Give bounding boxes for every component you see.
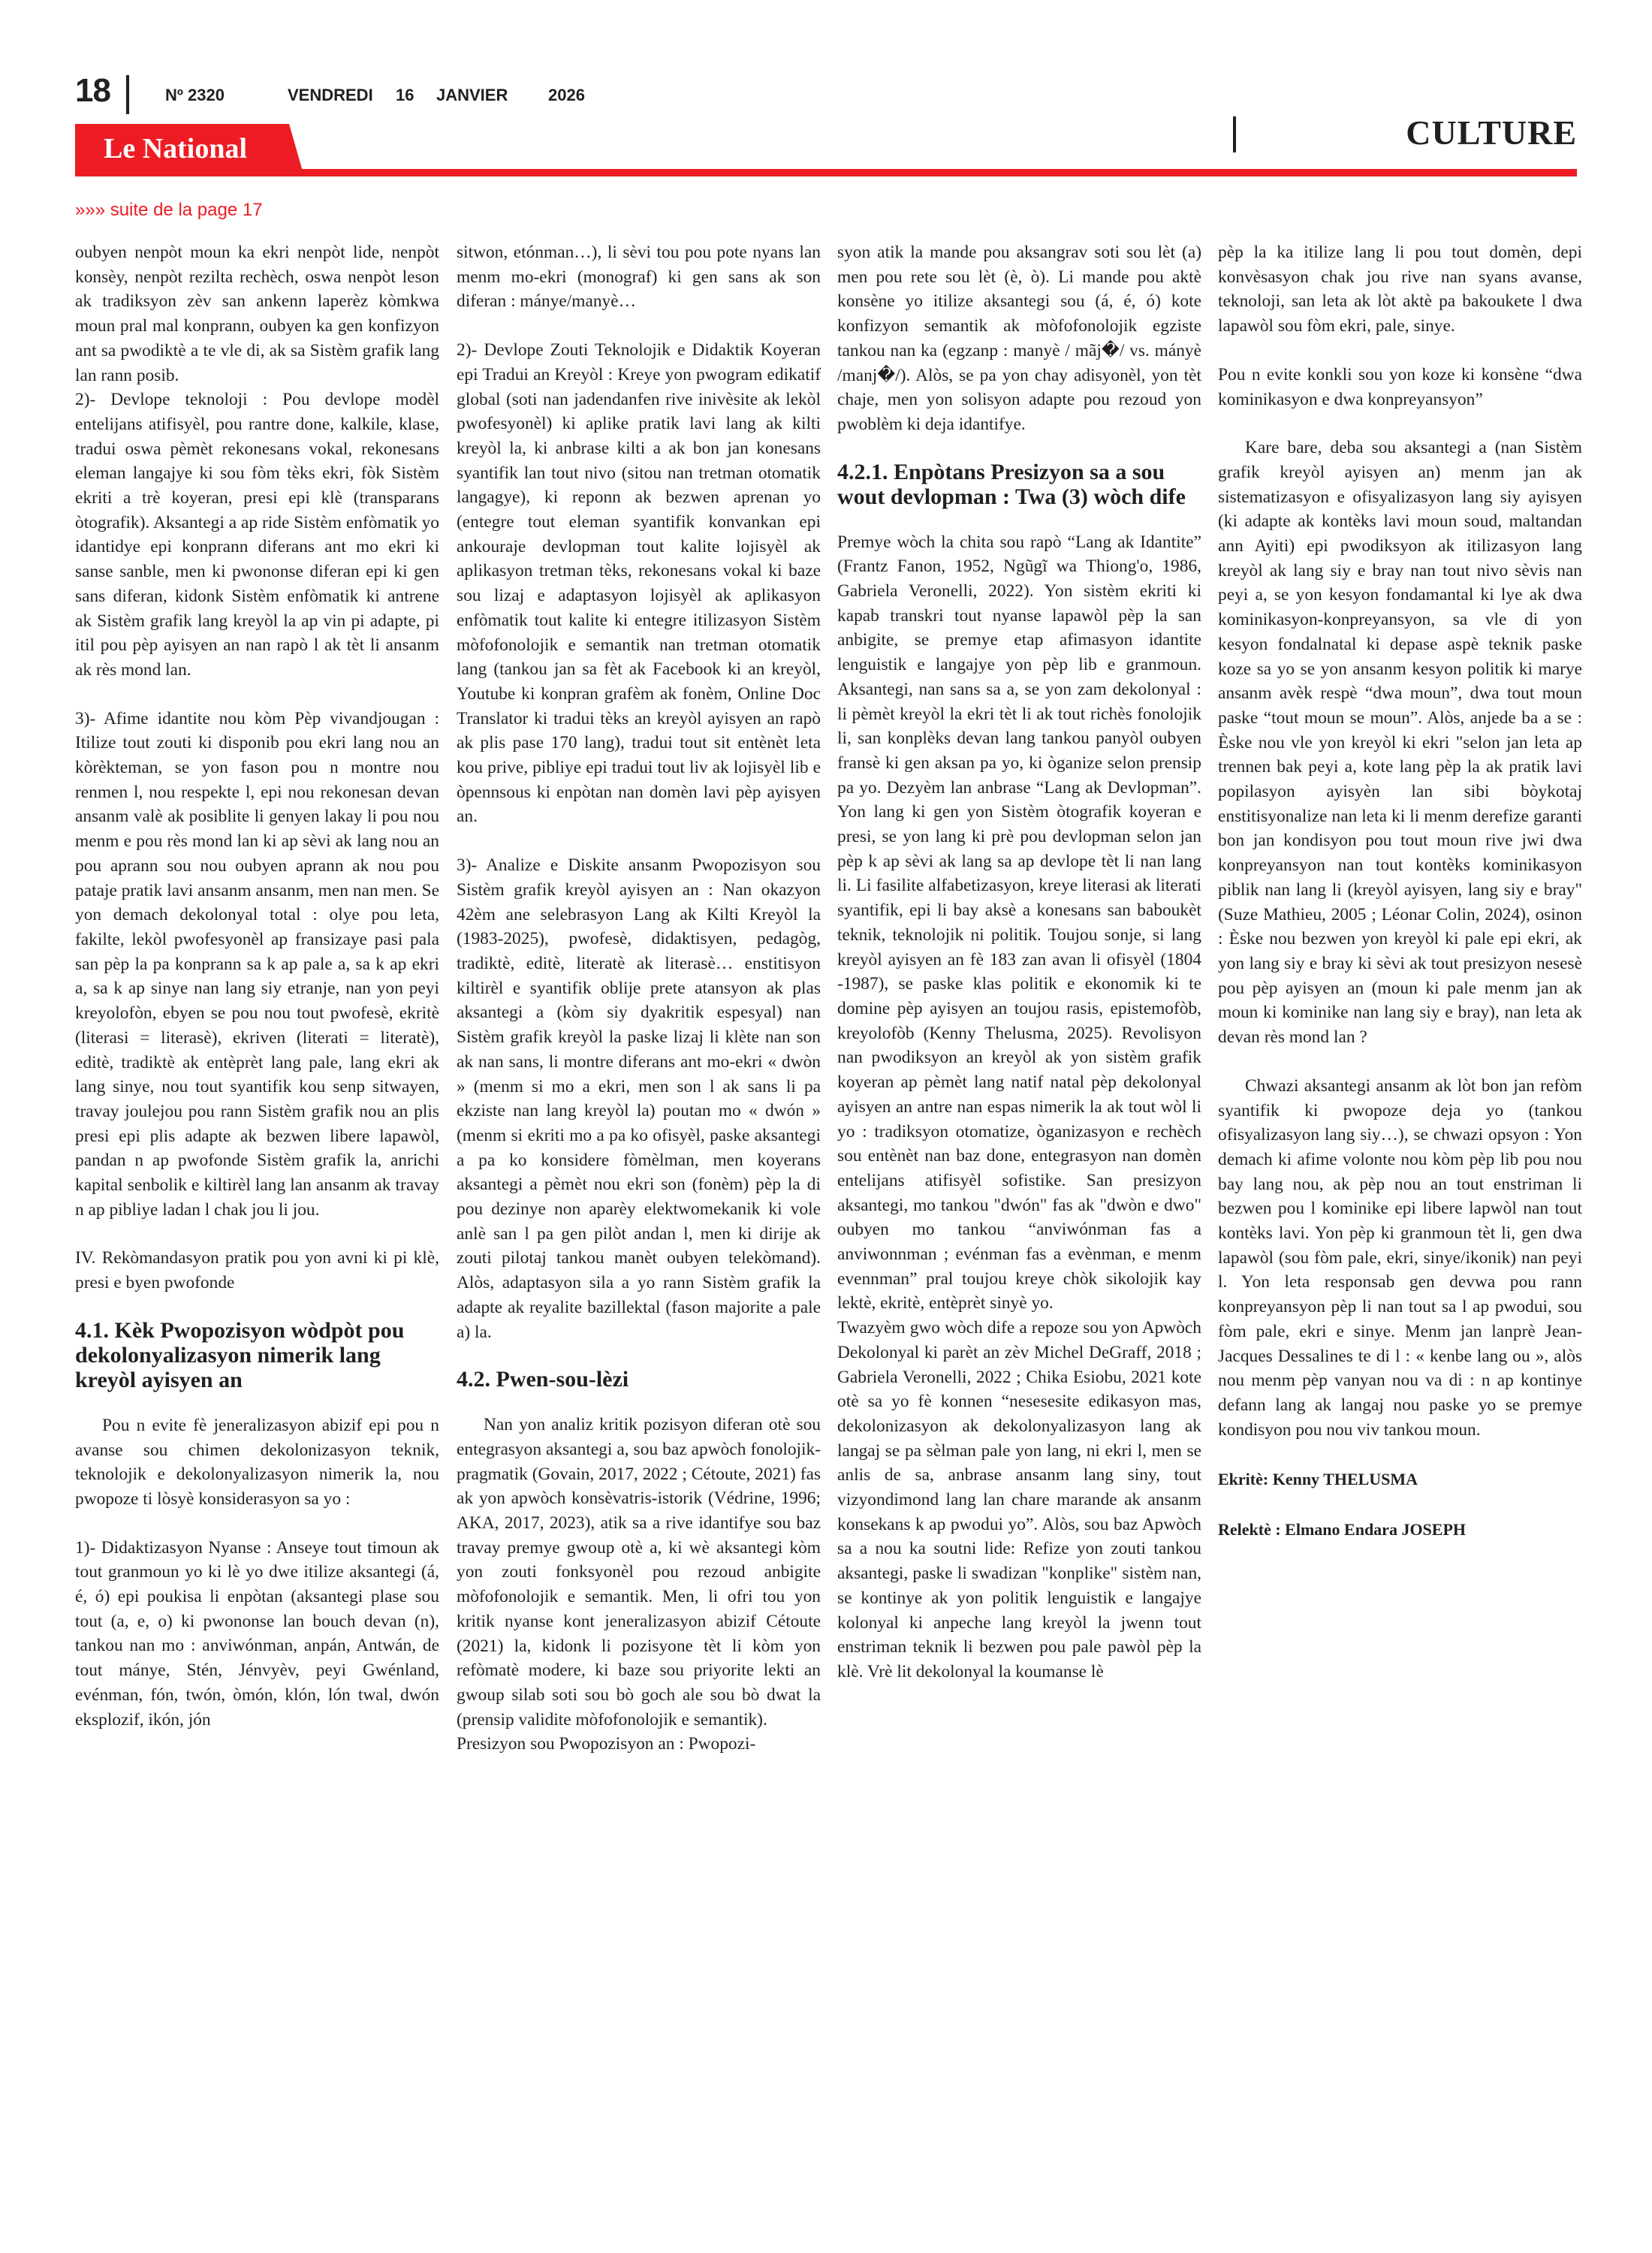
article-paragraph: Presizyon sou Pwopozisyon an : Pwopozi- <box>457 1732 821 1757</box>
header-divider <box>126 75 129 114</box>
article-column-1: oubyen nenpòt moun ka ekri nenpòt lide, … <box>75 240 439 1732</box>
article-paragraph: Pou n evite fè jeneralizasyon abizif epi… <box>75 1413 439 1512</box>
article-paragraph: Premye wòch la chita sou rapò “Lang ak I… <box>837 530 1201 1317</box>
date-weekday: VENDREDI <box>288 86 373 105</box>
issue-number: Nº 2320 <box>165 86 225 105</box>
date-day: 16 <box>396 86 414 105</box>
article-paragraph: Kare bare, deba sou aksantegi a (nan Sis… <box>1218 436 1582 1050</box>
date-month: JANVIER <box>436 86 508 105</box>
article-paragraph: Chwazi aksantegi ansanm ak lòt bon jan r… <box>1218 1074 1582 1443</box>
article-column-3: syon atik la mande pou aksangrav soti so… <box>837 240 1201 1684</box>
article-paragraph: Pou n evite konkli sou yon koze ki konsè… <box>1218 363 1582 412</box>
article-paragraph: Twazyèm gwo wòch dife a repoze sou yon A… <box>837 1316 1201 1684</box>
article-paragraph: 3)- Afime idantite nou kòm Pèp vivandjou… <box>75 707 439 1223</box>
section-heading: 4.1. Kèk Pwopozisyon wòdpòt pou dekolony… <box>75 1318 439 1392</box>
proofreader-byline: Relektè : Elmano Endara JOSEPH <box>1218 1518 1582 1543</box>
section-divider <box>1233 116 1236 152</box>
date-year: 2026 <box>548 86 585 105</box>
section-heading: 4.2.1. Enpòtans Presizyon sa a sou wout … <box>837 460 1201 509</box>
article-paragraph: IV. Rekòmandasyon pratik pou yon avni ki… <box>75 1246 439 1295</box>
page-number: 18 <box>75 72 110 110</box>
article-paragraph: 1)- Didaktizasyon Nyanse : Anseye tout t… <box>75 1536 439 1733</box>
article-paragraph: sitwon, etónman…), li sèvi tou pou pote … <box>457 240 821 314</box>
article-paragraph: pèp la ka itilize lang li pou tout domèn… <box>1218 240 1582 339</box>
article-paragraph: 2)- Devlope teknoloji : Pou devlope modè… <box>75 388 439 682</box>
article-paragraph: oubyen nenpòt moun ka ekri nenpòt lide, … <box>75 240 439 388</box>
article-column-4: pèp la ka itilize lang li pou tout domèn… <box>1218 240 1582 1543</box>
article-paragraph: 3)- Analize e Diskite ansanm Pwopozisyon… <box>457 853 821 1344</box>
section-heading: 4.2. Pwen-sou-lèzi <box>457 1367 821 1392</box>
article-paragraph: Nan yon analiz kritik pozisyon diferan o… <box>457 1413 821 1732</box>
section-title: CULTURE <box>1406 113 1577 152</box>
article-column-2: sitwon, etónman…), li sèvi tou pou pote … <box>457 240 821 1757</box>
article-paragraph: 2)- Devlope Zouti Teknolojik e Didaktik … <box>457 338 821 829</box>
article-paragraph: syon atik la mande pou aksangrav soti so… <box>837 240 1201 437</box>
publication-logo: Le National <box>104 132 247 165</box>
author-byline: Ekritè: Kenny THELUSMA <box>1218 1467 1582 1492</box>
continued-from-link[interactable]: »»» suite de la page 17 <box>75 200 263 221</box>
